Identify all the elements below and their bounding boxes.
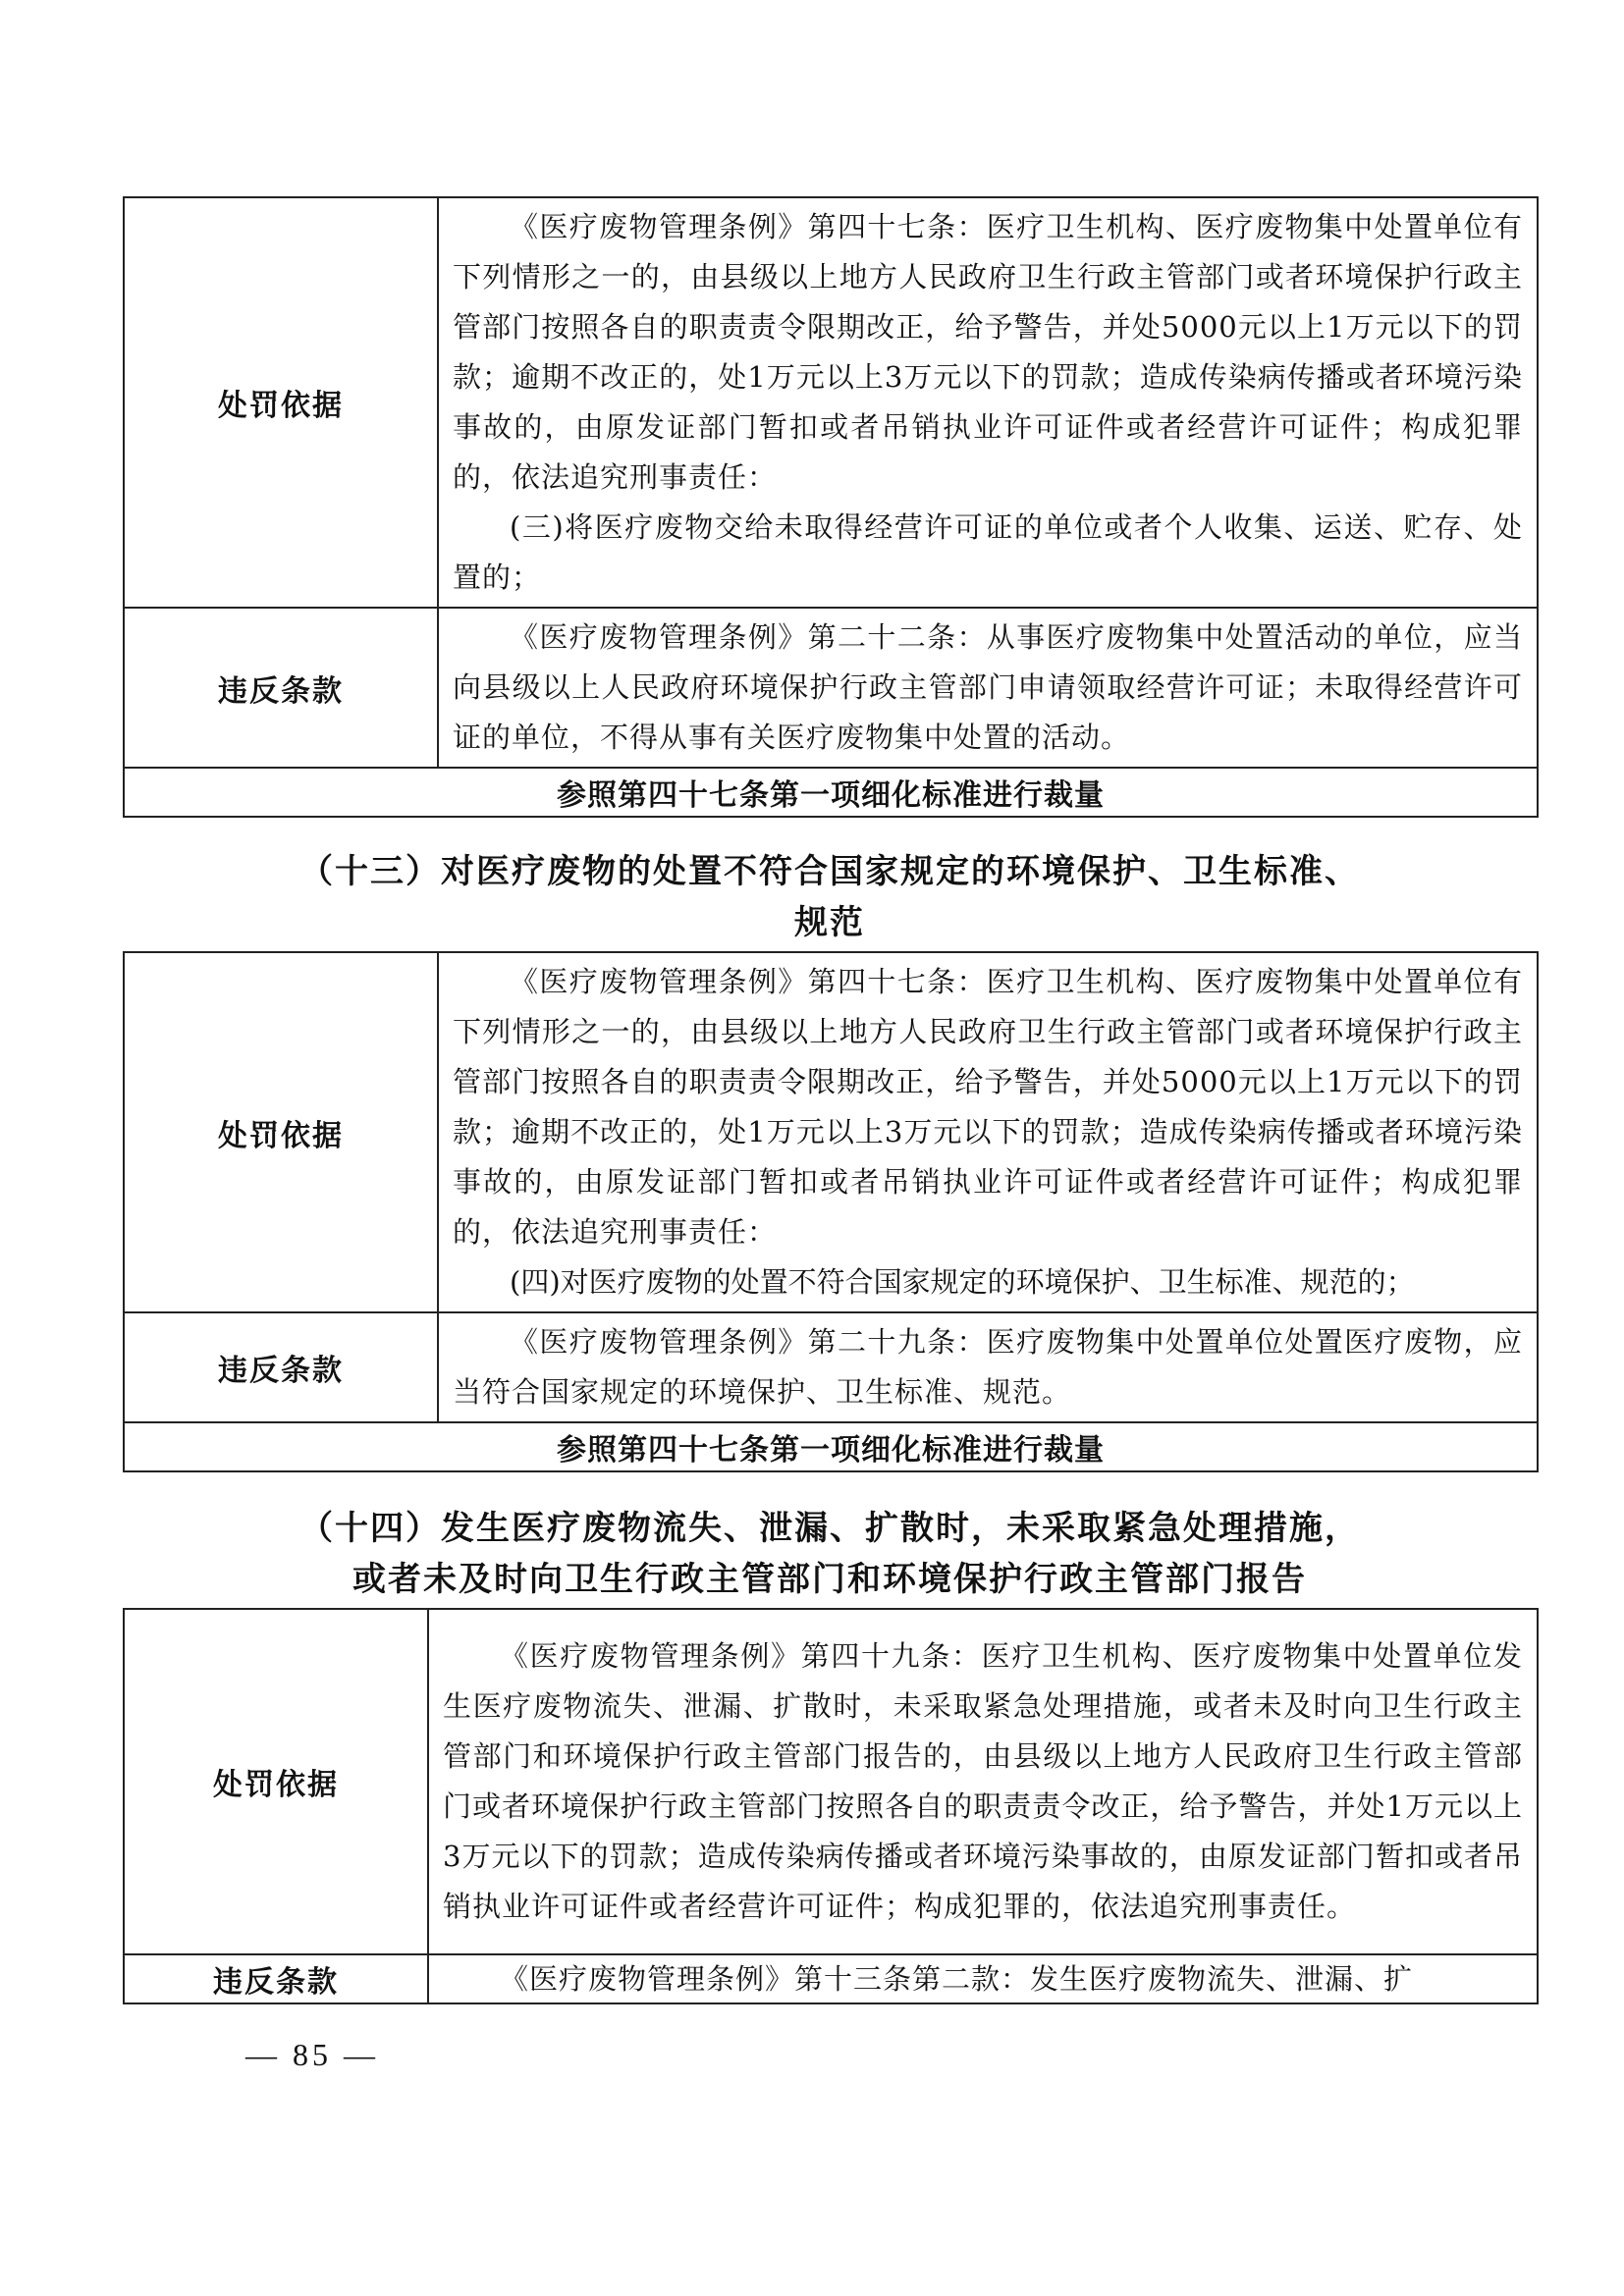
page-number: — 85 —: [245, 2037, 379, 2073]
row-label-penalty-basis: 处罚依据: [124, 1609, 428, 1954]
table-row-violated-clause: 违反条款 《医疗废物管理条例》第十三条第二款：发生医疗废物流失、泄漏、扩: [124, 1954, 1538, 2003]
penalty-basis-paragraph: 《医疗废物管理条例》第四十九条：医疗卫生机构、医疗废物集中处置单位发生医疗废物流…: [443, 1631, 1523, 1932]
penalty-basis-paragraph: 《医疗废物管理条例》第四十七条：医疗卫生机构、医疗废物集中处置单位有下列情形之一…: [453, 202, 1523, 503]
penalty-basis-item: (三)将医疗废物交给未取得经营许可证的单位或者个人收集、运送、贮存、处置的；: [453, 503, 1523, 603]
table-row-violated-clause: 违反条款 《医疗废物管理条例》第二十二条：从事医疗废物集中处置活动的单位，应当向…: [124, 608, 1538, 768]
discretion-note: 参照第四十七条第一项细化标准进行裁量: [124, 768, 1538, 817]
penalty-basis-content: 《医疗废物管理条例》第四十九条：医疗卫生机构、医疗废物集中处置单位发生医疗废物流…: [428, 1609, 1538, 1954]
table-row-penalty-basis: 处罚依据 《医疗废物管理条例》第四十七条：医疗卫生机构、医疗废物集中处置单位有下…: [124, 197, 1538, 608]
penalty-basis-content: 《医疗废物管理条例》第四十七条：医疗卫生机构、医疗废物集中处置单位有下列情形之一…: [438, 197, 1538, 608]
violated-clause-paragraph: 《医疗废物管理条例》第十三条第二款：发生医疗废物流失、泄漏、扩: [443, 1956, 1523, 2002]
section-title-14-line2: 或者未及时向卫生行政主管部门和环境保护行政主管部门报告: [352, 1560, 1307, 1599]
discretion-note: 参照第四十七条第一项细化标准进行裁量: [124, 1422, 1538, 1471]
table-item-13: 处罚依据 《医疗废物管理条例》第四十七条：医疗卫生机构、医疗废物集中处置单位有下…: [123, 951, 1539, 1472]
row-label-penalty-basis: 处罚依据: [124, 197, 438, 608]
violated-clause-paragraph: 《医疗废物管理条例》第二十二条：从事医疗废物集中处置活动的单位，应当向县级以上人…: [453, 613, 1523, 763]
row-label-violated-clause: 违反条款: [124, 1312, 438, 1422]
table-row-penalty-basis: 处罚依据 《医疗废物管理条例》第四十七条：医疗卫生机构、医疗废物集中处置单位有下…: [124, 952, 1538, 1312]
violated-clause-content: 《医疗废物管理条例》第二十九条：医疗废物集中处置单位处置医疗废物，应当符合国家规…: [438, 1312, 1538, 1422]
section-title-13-line2: 规范: [794, 903, 865, 942]
penalty-basis-paragraph: 《医疗废物管理条例》第四十七条：医疗卫生机构、医疗废物集中处置单位有下列情形之一…: [453, 957, 1523, 1257]
penalty-basis-item: (四)对医疗废物的处置不符合国家规定的环境保护、卫生标准、规范的；: [453, 1257, 1523, 1308]
table-item-14: 处罚依据 《医疗废物管理条例》第四十九条：医疗卫生机构、医疗废物集中处置单位发生…: [123, 1608, 1539, 2004]
row-label-violated-clause: 违反条款: [124, 608, 438, 768]
penalty-basis-content: 《医疗废物管理条例》第四十七条：医疗卫生机构、医疗废物集中处置单位有下列情形之一…: [438, 952, 1538, 1312]
table-item-12-continued: 处罚依据 《医疗废物管理条例》第四十七条：医疗卫生机构、医疗废物集中处置单位有下…: [123, 196, 1539, 818]
violated-clause-paragraph: 《医疗废物管理条例》第二十九条：医疗废物集中处置单位处置医疗废物，应当符合国家规…: [453, 1317, 1523, 1417]
violated-clause-content: 《医疗废物管理条例》第二十二条：从事医疗废物集中处置活动的单位，应当向县级以上人…: [438, 608, 1538, 768]
section-title-14: （十四）发生医疗废物流失、泄漏、扩散时，未采取紧急处理措施， 或者未及时向卫生行…: [123, 1503, 1537, 1605]
table-row-penalty-basis: 处罚依据 《医疗废物管理条例》第四十九条：医疗卫生机构、医疗废物集中处置单位发生…: [124, 1609, 1538, 1954]
row-label-violated-clause: 违反条款: [124, 1954, 428, 2003]
section-title-14-line1: （十四）发生医疗废物流失、泄漏、扩散时，未采取紧急处理措施，: [299, 1509, 1360, 1548]
violated-clause-content: 《医疗废物管理条例》第十三条第二款：发生医疗废物流失、泄漏、扩: [428, 1954, 1538, 2003]
row-label-penalty-basis: 处罚依据: [124, 952, 438, 1312]
table-row-discretion-note: 参照第四十七条第一项细化标准进行裁量: [124, 1422, 1538, 1471]
table-row-discretion-note: 参照第四十七条第一项细化标准进行裁量: [124, 768, 1538, 817]
table-row-violated-clause: 违反条款 《医疗废物管理条例》第二十九条：医疗废物集中处置单位处置医疗废物，应当…: [124, 1312, 1538, 1422]
section-title-13-line1: （十三）对医疗废物的处置不符合国家规定的环境保护、卫生标准、: [299, 852, 1360, 891]
section-title-13: （十三）对医疗废物的处置不符合国家规定的环境保护、卫生标准、 规范: [123, 846, 1537, 948]
